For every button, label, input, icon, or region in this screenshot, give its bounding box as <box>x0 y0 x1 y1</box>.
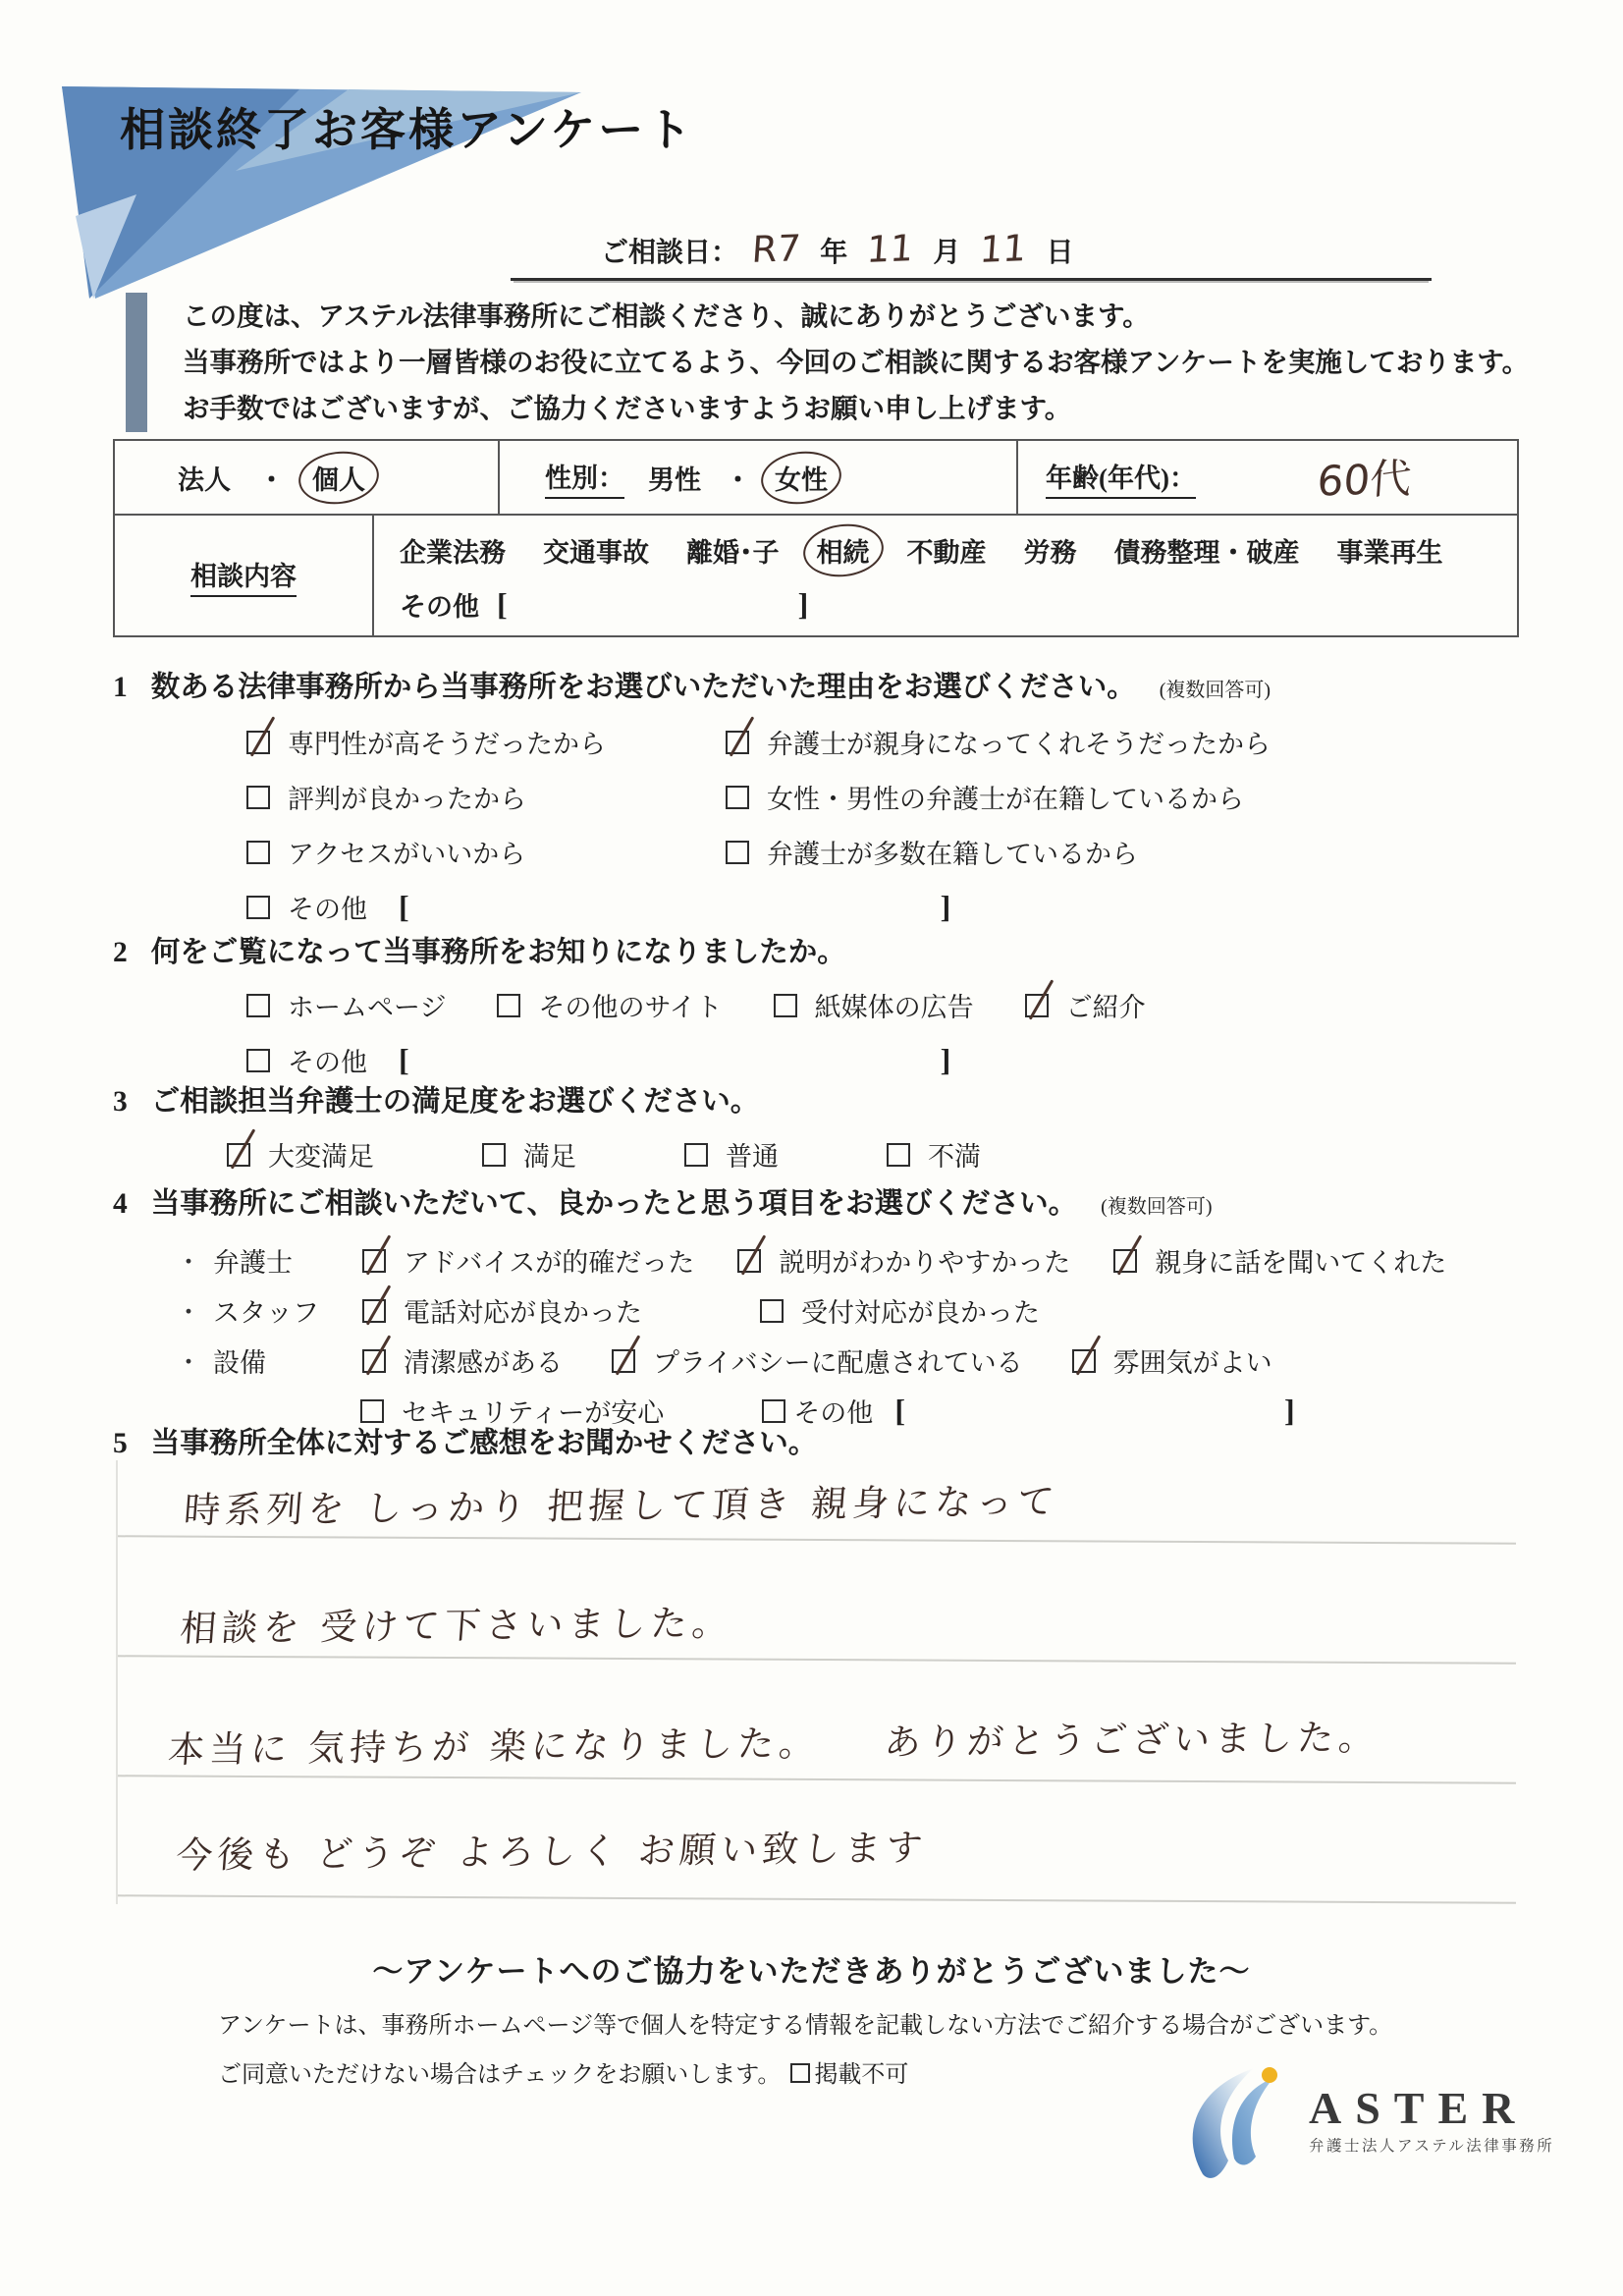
date-day-handwritten: 11 <box>979 227 1028 271</box>
feedback-area[interactable]: 時系列を しっかり 把握して頂き 親身になって 相談を 受けて下さいました。 本… <box>116 1460 1516 1904</box>
consultation-date-line: ご相談日： R7 年 11 月 11 日 <box>511 228 1432 281</box>
q3-checkbox-satisfied[interactable] <box>482 1143 506 1167</box>
q4-note: (複数回答可) <box>1101 1190 1212 1219</box>
q2-option-referral: ご紹介 <box>1066 986 1146 1024</box>
entity-separator: ・ <box>258 459 285 497</box>
question-2: 2 何をご覧になって当事務所をお知りになりましたか。 ホームページ その他のサイ… <box>113 929 1146 1079</box>
gender-cell: 性別： 男性 ・ 女性 <box>500 441 1018 514</box>
q2-checkbox-other[interactable] <box>246 1049 270 1072</box>
q3-checkbox-very-satisfied[interactable] <box>227 1143 250 1167</box>
consult-option-inheritance[interactable]: 相続 <box>817 531 870 570</box>
survey-page: 相談終了お客様アンケート ご相談日： R7 年 11 月 11 日 この度は、ア… <box>0 0 1623 2296</box>
no-publish-checkbox[interactable] <box>790 2063 810 2083</box>
q1-checkbox-other[interactable] <box>246 896 270 919</box>
gender-option-female[interactable]: 女性 <box>775 459 828 497</box>
q4-checkbox-listened-kindly[interactable] <box>1113 1249 1137 1273</box>
intro-line-2: 当事務所ではより一層皆様のお役に立てるよう、今回のご相談に関するお客様アンケート… <box>183 339 1529 385</box>
q4-category-lawyer: 弁護士 <box>213 1241 362 1280</box>
q2-option-print-ad: 紙媒体の広告 <box>815 986 974 1024</box>
bracket-close: ] <box>941 1042 951 1078</box>
q1-note: (複数回答可) <box>1160 674 1271 702</box>
q4-checkbox-atmosphere[interactable] <box>1072 1349 1096 1373</box>
q4-checkbox-privacy[interactable] <box>612 1349 635 1373</box>
q1-checkbox-many-lawyers[interactable] <box>726 841 749 864</box>
ruled-line <box>118 1535 1516 1544</box>
q3-option-satisfied: 満足 <box>523 1135 576 1174</box>
bullet: ・ <box>176 1342 213 1379</box>
bracket-close: ] <box>941 889 951 925</box>
q3-option-very-satisfied: 大変満足 <box>268 1135 374 1174</box>
q4-category-staff: スタッフ <box>213 1291 362 1330</box>
entity-option-kojin[interactable]: 個人 <box>312 459 365 497</box>
question-5: 5 当事務所全体に対するご感想をお聞かせください。 <box>113 1420 817 1461</box>
ruled-line <box>118 1894 1516 1903</box>
q2-option-other-site: その他のサイト <box>538 986 722 1024</box>
q2-checkbox-referral[interactable] <box>1025 994 1049 1017</box>
bracket-open: [ <box>399 889 409 925</box>
date-month-handwritten: 11 <box>866 227 915 271</box>
bracket-open: [ <box>497 586 508 623</box>
feedback-line-2-handwritten: 相談を 受けて下さいました。 <box>179 1593 735 1652</box>
consult-option-labor[interactable]: 労務 <box>1024 531 1077 570</box>
q4-option-reception: 受付対応が良かった <box>801 1291 1040 1330</box>
q4-option-phone-response: 電話対応が良かった <box>404 1291 642 1330</box>
q2-checkbox-print-ad[interactable] <box>774 994 797 1017</box>
q4-checkbox-clear-explanation[interactable] <box>737 1249 761 1273</box>
q2-option-homepage: ホームページ <box>288 986 446 1024</box>
consult-option-realestate[interactable]: 不動産 <box>907 531 987 570</box>
q3-checkbox-dissatisfied[interactable] <box>887 1143 910 1167</box>
date-label: ご相談日： <box>601 231 738 270</box>
age-cell: 年齢(年代)： 60代 <box>1018 441 1517 514</box>
intro-line-3: お手数ではございますが、ご協力くださいますようお願い申し上げます。 <box>183 385 1529 431</box>
q1-text: 数ある法律事務所から当事務所をお選びいただいた理由をお選びください。 <box>151 664 1136 705</box>
q4-row-lawyer: ・ 弁護士 アドバイスが的確だった 説明がわかりやすかった 親身に話を聞いてくれ… <box>176 1235 1446 1285</box>
bracket-open: [ <box>894 1393 905 1429</box>
page-title: 相談終了お客様アンケート <box>120 94 694 159</box>
q4-text: 当事務所にご相談いただいて、良かったと思う項目をお選びください。 <box>151 1180 1077 1222</box>
q4-option-atmosphere: 雰囲気がよい <box>1113 1341 1272 1380</box>
feedback-line-4-handwritten: 今後も どうぞ よろしく お願い致します <box>175 1818 930 1879</box>
question-1: 1 数ある法律事務所から当事務所をお選びいただいた理由をお選びください。 (複数… <box>113 664 1271 926</box>
q4-row-facility: ・ 設備 清潔感がある プライバシーに配慮されている 雰囲気がよい <box>176 1336 1446 1386</box>
q2-text: 何をご覧になって当事務所をお知りになりましたか。 <box>151 929 846 970</box>
q1-checkbox-access[interactable] <box>246 841 270 864</box>
q1-checkbox-male-female[interactable] <box>726 786 749 809</box>
consult-option-debt[interactable]: 債務整理・破産 <box>1114 531 1300 570</box>
q4-checkbox-phone-response[interactable] <box>362 1299 386 1323</box>
bracket-close: ] <box>798 586 809 623</box>
date-era-handwritten: R7 <box>750 227 801 271</box>
consult-other-line: その他 [ ] <box>400 585 1517 624</box>
entity-option-houjin[interactable]: 法人 <box>178 459 231 497</box>
footer-note-2: ご同意いただけない場合はチェックをお願いします。 掲載不可 <box>218 2054 908 2089</box>
consult-label: 相談内容 <box>190 555 297 597</box>
consult-option-traffic[interactable]: 交通事故 <box>543 531 649 570</box>
q4-checkbox-accurate-advice[interactable] <box>362 1249 386 1273</box>
q1-checkbox-specialty[interactable] <box>246 731 270 754</box>
q2-checkbox-homepage[interactable] <box>246 994 270 1017</box>
consult-other-label[interactable]: その他 <box>400 585 479 624</box>
q5-number: 5 <box>113 1428 128 1460</box>
entity-cell: 法人 ・ 個人 <box>115 441 500 514</box>
footer-note-1: アンケートは、事務所ホームページ等で個人を特定する情報を記載しない方法でご紹介す… <box>218 2005 1392 2040</box>
q4-category-facility: 設備 <box>213 1341 362 1380</box>
age-label: 年齢(年代)： <box>1046 457 1196 499</box>
consult-options: 企業法務 交通事故 離婚･子 相続 不動産 労務 債務整理・破産 事業再生 <box>400 531 1517 570</box>
bracket-close: ] <box>1284 1393 1295 1429</box>
firm-logo: ASTER 弁護士法人アステル法律事務所 <box>1183 2060 1554 2182</box>
q4-option-cleanliness: 清潔感がある <box>404 1341 563 1380</box>
q1-option-specialty: 専門性が高そうだったから <box>288 723 606 761</box>
q4-option-clear-explanation: 説明がわかりやすかった <box>779 1241 1070 1280</box>
date-day-unit: 日 <box>1046 231 1073 270</box>
gender-separator: ・ <box>725 459 751 497</box>
consult-option-divorce[interactable]: 離婚･子 <box>686 531 780 570</box>
q4-checkbox-reception[interactable] <box>760 1299 784 1323</box>
q4-checkbox-cleanliness[interactable] <box>362 1349 386 1373</box>
bracket-open: [ <box>399 1042 409 1078</box>
q1-option-access: アクセスがいいから <box>288 833 525 871</box>
ruled-line <box>118 1775 1516 1783</box>
footer-note-2-text: ご同意いただけない場合はチェックをお願いします。 <box>218 2054 781 2089</box>
intro-line-1: この度は、アステル法律事務所にご相談くださり、誠にありがとうございます。 <box>183 293 1529 339</box>
q4-option-listened-kindly: 親身に話を聞いてくれた <box>1155 1241 1446 1280</box>
question-3: 3 ご相談担当弁護士の満足度をお選びください。 大変満足 満足 普通 不満 <box>113 1078 981 1174</box>
profile-row-2: 相談内容 企業法務 交通事故 離婚･子 相続 不動産 労務 債務整理・破産 事業… <box>115 516 1517 635</box>
q3-number: 3 <box>113 1086 128 1119</box>
q4-row-staff: ・ スタッフ 電話対応が良かった 受付対応が良かった <box>176 1285 1446 1336</box>
q4-option-accurate-advice: アドバイスが的確だった <box>404 1241 694 1280</box>
q2-checkbox-other-site[interactable] <box>497 994 520 1017</box>
intro-accent-bar <box>126 293 147 432</box>
q4-number: 4 <box>113 1188 128 1221</box>
q3-option-neutral: 普通 <box>726 1135 779 1174</box>
q1-checkbox-reputation[interactable] <box>246 786 270 809</box>
profile-table: 法人 ・ 個人 性別： 男性 ・ 女性 年齢(年代)： 60代 相談内容 企業法… <box>113 439 1519 637</box>
question-4: 4 当事務所にご相談いただいて、良かったと思う項目をお選びください。 (複数回答… <box>113 1180 1446 1436</box>
logo-name: ASTER <box>1309 2087 1554 2130</box>
gender-label: 性別： <box>545 457 624 499</box>
date-year-unit: 年 <box>820 231 847 270</box>
age-value-handwritten: 60代 <box>1316 446 1414 508</box>
q2-option-other: その他 <box>288 1041 367 1079</box>
feedback-line-3-handwritten: 本当に 気持ちが 楽になりました。 ありがとうございました。 <box>166 1708 1381 1774</box>
profile-row-1: 法人 ・ 個人 性別： 男性 ・ 女性 年齢(年代)： 60代 <box>115 441 1517 516</box>
q5-text: 当事務所全体に対するご感想をお聞かせください。 <box>151 1420 818 1461</box>
q1-checkbox-kind-lawyer[interactable] <box>726 731 749 754</box>
date-month-unit: 月 <box>933 231 960 270</box>
q1-option-many-lawyers: 弁護士が多数在籍しているから <box>767 833 1138 871</box>
feedback-line-1-handwritten: 時系列を しっかり 把握して頂き 親身になって <box>183 1471 1061 1533</box>
intro-block: この度は、アステル法律事務所にご相談くださり、誠にありがとうございます。 当事務… <box>126 293 1529 432</box>
logo-subtitle: 弁護士法人アステル法律事務所 <box>1309 2134 1554 2156</box>
ruled-line <box>118 1655 1516 1664</box>
q1-option-male-female: 女性・男性の弁護士が在籍しているから <box>767 778 1244 816</box>
q3-text: ご相談担当弁護士の満足度をお選びください。 <box>151 1078 760 1120</box>
consult-option-corporate[interactable]: 企業法務 <box>400 531 506 570</box>
thanks-message: ～アンケートへのご協力をいただきありがとうございました～ <box>0 1946 1623 1991</box>
q1-option-kind-lawyer: 弁護士が親身になってくれそうだったから <box>767 723 1271 761</box>
gender-option-male[interactable]: 男性 <box>648 459 701 497</box>
q2-number: 2 <box>113 937 128 969</box>
consult-option-revival[interactable]: 事業再生 <box>1337 531 1443 570</box>
bullet: ・ <box>176 1292 213 1329</box>
q1-option-other: その他 <box>288 888 367 926</box>
no-publish-label: 掲載不可 <box>814 2054 908 2089</box>
q1-option-reputation: 評判が良かったから <box>288 778 526 816</box>
q4-checkbox-security[interactable] <box>360 1399 384 1423</box>
q3-checkbox-neutral[interactable] <box>684 1143 708 1167</box>
q4-checkbox-other[interactable] <box>762 1399 785 1423</box>
q1-number: 1 <box>113 672 128 704</box>
q4-option-privacy: プライバシーに配慮されている <box>653 1341 1023 1380</box>
q3-option-dissatisfied: 不満 <box>928 1135 981 1174</box>
bullet: ・ <box>176 1242 213 1279</box>
logo-sail-icon <box>1183 2060 1293 2182</box>
